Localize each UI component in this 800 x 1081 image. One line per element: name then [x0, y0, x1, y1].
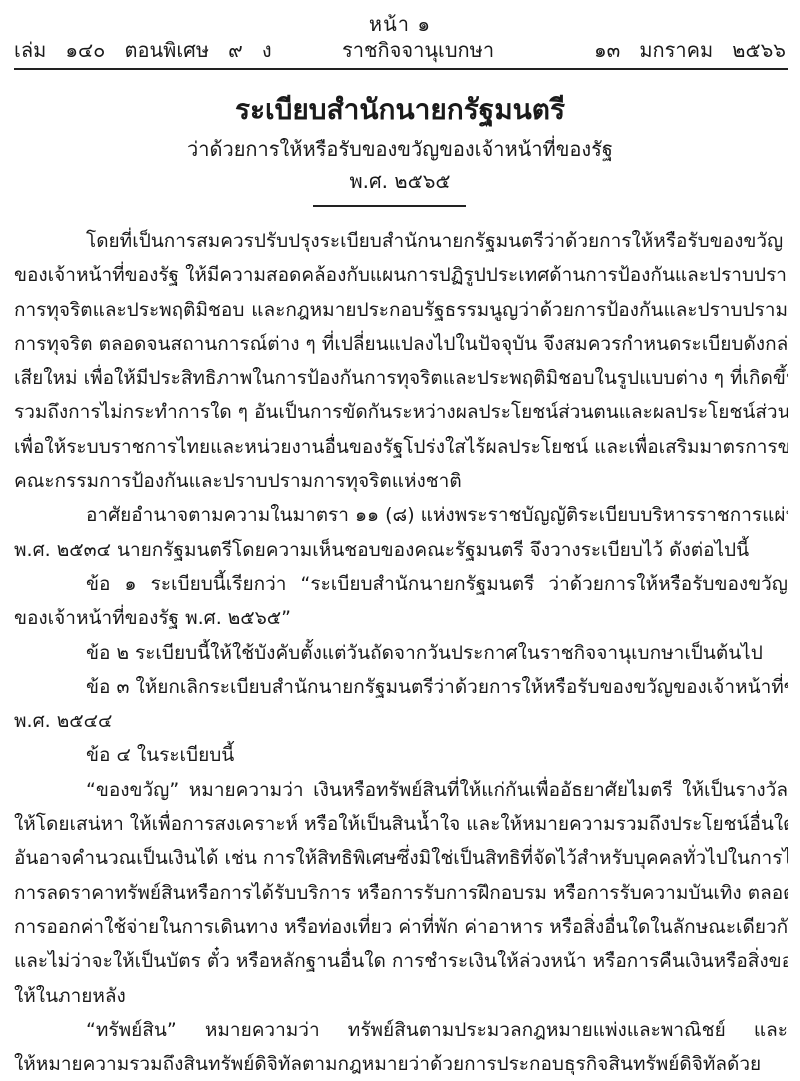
body-line: เสียใหม่ เพื่อให้มีประสิทธิภาพในการป้องก… [14, 361, 788, 395]
gazette-header: เล่ม ๑๔๐ ตอนพิเศษ ๙ ง ราชกิจจานุเบกษา ๑๓… [14, 34, 786, 64]
body-line: การทุจริตและประพฤติมิชอบ และกฎหมายประกอบ… [14, 293, 788, 327]
body-line: ให้ในภายหลัง [14, 979, 788, 1013]
body-line: ข้อ ๑ ระเบียบนี้เรียกว่า “ระเบียบสำนักนา… [14, 567, 788, 601]
body-line: ของเจ้าหน้าที่ของรัฐ พ.ศ. ๒๕๖๕” [14, 601, 788, 635]
document-subtitle: ว่าด้วยการให้หรือรับของขวัญของเจ้าหน้าที… [0, 133, 800, 165]
volume-issue: เล่ม ๑๔๐ ตอนพิเศษ ๙ ง [14, 34, 272, 66]
body-line: และไม่ว่าจะให้เป็นบัตร ตั๋ว หรือหลักฐานอ… [14, 944, 788, 978]
body-line: ข้อ ๒ ระเบียบนี้ให้ใช้บังคับตั้งแต่วันถั… [14, 636, 788, 670]
body-line: การลดราคาทรัพย์สินหรือการได้รับบริการ หร… [14, 876, 788, 910]
document-year: พ.ศ. ๒๕๖๕ [0, 165, 800, 197]
body-line: อันอาจคำนวณเป็นเงินได้ เช่น การให้สิทธิพ… [14, 841, 788, 875]
document-body: โดยที่เป็นการสมควรปรับปรุงระเบียบสำนักนา… [14, 224, 788, 1081]
body-line: ให้หมายความรวมถึงสินทรัพย์ดิจิทัลตามกฎหม… [14, 1047, 788, 1081]
body-line: “ทรัพย์สิน” หมายความว่า ทรัพย์สินตามประม… [14, 1013, 788, 1047]
body-line: ให้โดยเสน่หา ให้เพื่อการสงเคราะห์ หรือให… [14, 807, 788, 841]
body-line: พ.ศ. ๒๕๓๔ นายกรัฐมนตรีโดยความเห็นชอบของค… [14, 533, 788, 567]
publication-name: ราชกิจจานุเบกษา [342, 34, 494, 66]
body-line: ของเจ้าหน้าที่ของรัฐ ให้มีความสอดคล้องกั… [14, 258, 788, 292]
body-line: รวมถึงการไม่กระทำการใด ๆ อันเป็นการขัดกั… [14, 395, 788, 429]
body-line: เพื่อให้ระบบราชการไทยและหน่วยงานอื่นของร… [14, 430, 788, 464]
body-line: โดยที่เป็นการสมควรปรับปรุงระเบียบสำนักนา… [14, 224, 788, 258]
title-divider [313, 205, 466, 207]
body-line: “ของขวัญ” หมายความว่า เงินหรือทรัพย์สินท… [14, 773, 788, 807]
body-line: พ.ศ. ๒๕๔๔ [14, 704, 788, 738]
header-divider [14, 68, 788, 70]
publication-date: ๑๓ มกราคม ๒๕๖๖ [594, 34, 786, 66]
body-line: ข้อ ๓ ให้ยกเลิกระเบียบสำนักนายกรัฐมนตรีว… [14, 670, 788, 704]
body-line: การออกค่าใช้จ่ายในการเดินทาง หรือท่องเที… [14, 910, 788, 944]
body-line: คณะกรรมการป้องกันและปราบปรามการทุจริตแห่… [14, 464, 788, 498]
body-line: อาศัยอำนาจตามความในมาตรา ๑๑ (๘) แห่งพระร… [14, 498, 788, 532]
body-line: การทุจริต ตลอดจนสถานการณ์ต่าง ๆ ที่เปลี่… [14, 327, 788, 361]
document-title: ระเบียบสำนักนายกรัฐมนตรี [0, 88, 800, 132]
body-line: ข้อ ๔ ในระเบียบนี้ [14, 738, 788, 772]
